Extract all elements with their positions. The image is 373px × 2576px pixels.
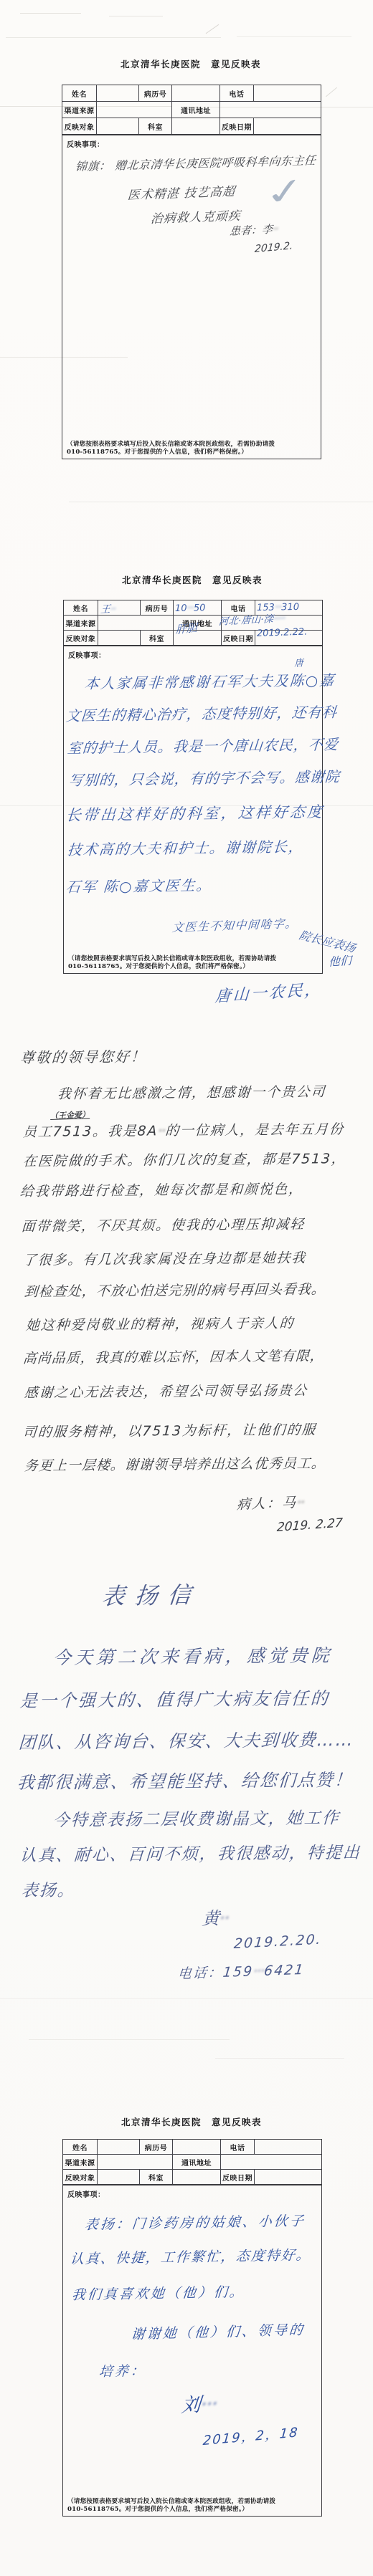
praise-line: 今特意表扬二层收费谢晶文，她工作 xyxy=(52,1805,341,1832)
redacted-smudge: ·· xyxy=(219,1908,230,1929)
handwriting-line: 文医生的精心治疗，态度特别好，还有科 xyxy=(65,701,338,725)
value-dept xyxy=(173,2170,221,2185)
value-phone xyxy=(254,85,321,102)
value-date xyxy=(254,118,321,135)
handwriting-line: 治病救人克顽疾 xyxy=(150,206,242,226)
footer-note-line1: （请您按照表格要求填写后投入院长信箱或寄本院医政组收，若需协助请拨 xyxy=(68,955,319,963)
label-address: 通讯地址 xyxy=(172,102,220,118)
footer-note-line1: （请您按照表格要求填写后投入院长信箱或寄本院医政组收，若需协助请拨 xyxy=(67,2498,318,2506)
label-name: 姓名 xyxy=(63,2140,98,2155)
letter-line: 给我带路进行检查，她每次都是和颜悦色， xyxy=(19,1179,304,1200)
value-address xyxy=(220,102,321,118)
handwriting-note: 他们 xyxy=(329,952,351,969)
praise-line: 是一个强大的、值得广大病友信任的 xyxy=(19,1684,331,1712)
letter-line: 了很多。有几次我家属没在身边都是她扶我 xyxy=(22,1248,307,1269)
signer-text: 刘 xyxy=(180,2394,202,2418)
name-text: 王 xyxy=(100,603,110,616)
value-target xyxy=(98,631,141,646)
label-date: 反映日期 xyxy=(222,631,255,646)
value-date xyxy=(255,2170,321,2185)
scanned-feedback-pages: 北京清华长庚医院 意见反映表 姓名 病历号 电话 渠道来源 通讯地址 反映对象 … xyxy=(0,0,373,2576)
redacted-smudge: ····· xyxy=(273,613,285,625)
label-target: 反映对象 xyxy=(63,2170,98,2185)
label-phone: 电话 xyxy=(221,2140,255,2155)
value-target xyxy=(98,2170,140,2185)
praise-line: 认真、耐心、百问不烦，我很感动，特提出 xyxy=(19,1839,362,1866)
label-address: 通讯地址 xyxy=(173,2155,221,2170)
signer-text: 黄 xyxy=(202,1908,220,1929)
label-target: 反映对象 xyxy=(64,631,98,646)
signer-text: 患者：李 xyxy=(230,223,273,238)
matters-box: 反映事项： （请您按照表格要求填写后投入院长信箱或寄本院医政组收，若需协助请拨 … xyxy=(62,2184,322,2517)
redacted-smudge: ··· xyxy=(186,603,194,614)
handwriting-line: 长带出这样好的科室，这样好态度 xyxy=(65,800,325,825)
footer-note: （请您按照表格要求填写后投入院长信箱或寄本院医政组收，若需协助请拨 010-56… xyxy=(68,955,319,971)
footer-note-line2: 010-56118765。对于您提供的个人信息，我们将严格保密。） xyxy=(68,963,319,971)
value-channel xyxy=(97,102,172,118)
value-name xyxy=(98,2140,140,2155)
value-dept xyxy=(172,118,220,135)
handwriting-line: 石军 陈○嘉文医生。 xyxy=(65,873,213,896)
footer-note: （请您按照表格要求填写后投入院长信箱或寄本院医政组收，若需协助请拨 010-56… xyxy=(67,441,318,456)
handwriting-line: 培养： xyxy=(98,2360,147,2380)
line-part: 的一位病人，是去年五月份 xyxy=(165,1121,345,1139)
redacted-smudge: ·· xyxy=(157,1123,165,1139)
scan-artifact xyxy=(29,2039,230,2040)
record-prefix: 10 xyxy=(175,603,187,614)
praise-line: 今天第二次来看病，感觉贵院 xyxy=(52,1642,334,1670)
letter-greeting: 尊敬的领导您好！ xyxy=(19,1045,147,1067)
matters-label: 反映事项： xyxy=(67,138,105,149)
label-dept: 科室 xyxy=(139,118,172,135)
scan-artifact xyxy=(326,87,337,97)
letter-line: 在医院做的手术。你们几次的复查，都是7513， xyxy=(22,1148,346,1170)
letter-line: 面带微笑，不厌其烦。使我的心理压抑减轻 xyxy=(21,1214,306,1235)
handwritten-phone: 电话：159···6421 xyxy=(177,1959,306,1983)
field-record-value: 10···50 xyxy=(175,603,206,614)
scan-artifact xyxy=(6,37,221,38)
letter-line: 务更上一层楼。谢谢领导培养出这么优秀员工。 xyxy=(24,1452,326,1475)
handwriting-line: 技术高的大夫和护士。谢谢院长， xyxy=(67,835,305,859)
form-title: 北京清华长庚医院 意见反映表 xyxy=(62,2115,321,2128)
letter-line: 到检查处，不放心怕送完别的病号再回头看我。 xyxy=(24,1278,326,1301)
praise-line: 表扬。 xyxy=(21,1877,76,1901)
matters-label: 反映事项： xyxy=(68,649,106,660)
label-channel: 渠道来源 xyxy=(62,102,97,118)
value-name xyxy=(97,85,139,102)
line-part: 员工7513。我是8A xyxy=(22,1123,159,1140)
scan-artifact xyxy=(215,2058,344,2059)
handwriting-line: 我们真喜欢她（他）们。 xyxy=(71,2281,246,2304)
value-channel xyxy=(98,2155,173,2170)
footer-note-line1: （请您按照表格要求填写后投入院长信箱或寄本院医政组收，若需协助请拨 xyxy=(67,441,318,449)
field-date-value: 2019.2.22. xyxy=(257,627,308,639)
signature: 病人：马·· xyxy=(236,1492,304,1513)
label-name: 姓名 xyxy=(64,600,98,616)
tel-prefix: 电话：159 xyxy=(177,1963,255,1982)
label-date: 反映日期 xyxy=(220,118,254,135)
letter-line: 我怀着无比感激之情，想感谢一个贵公司 xyxy=(57,1081,326,1103)
form-title: 北京清华长庚医院 意见反映表 xyxy=(62,57,320,70)
form-header-table: 姓名 病历号 电话 渠道来源 通讯地址 反映对象 科室 反映日期 xyxy=(62,2139,322,2185)
label-name: 姓名 xyxy=(62,85,97,102)
tel-suffix: 6421 xyxy=(263,1962,306,1979)
value-address xyxy=(221,2155,321,2170)
letter-line: 感谢之心无法表达，希望公司领导弘扬贵公 xyxy=(24,1380,308,1402)
value-phone xyxy=(255,2140,321,2155)
signer-text: 病人：马 xyxy=(236,1495,297,1513)
field-dept-value: 肝胆 xyxy=(176,620,198,637)
label-channel: 渠道来源 xyxy=(63,2155,98,2170)
footer-note-line2: 010-56118765。对于您提供的个人信息，我们将严格保密。） xyxy=(67,449,318,456)
letter-line: 司的服务精神，以7513为标杆，让他们的服 xyxy=(22,1419,317,1441)
handwriting-line: 医术精湛 技艺高超 xyxy=(127,181,236,203)
form-title: 北京清华长庚医院 意见反映表 xyxy=(63,573,321,586)
label-record-no: 病历号 xyxy=(139,85,172,102)
signature: 患者：李·· xyxy=(229,221,278,239)
praise-line: 团队、从咨询台、保安、大夫到收费…… xyxy=(18,1725,355,1753)
footer-note-line2: 010-56118765。对于您提供的个人信息，我们将严格保密。） xyxy=(67,2506,318,2514)
handwriting-line: 本人家属非常感谢石军大夫及陈○嘉 xyxy=(84,669,336,693)
record-suffix: 50 xyxy=(194,603,206,613)
scan-artifact xyxy=(69,502,373,502)
handwritten-date: 2019. 2.27 xyxy=(276,1516,343,1536)
scan-artifact xyxy=(206,24,219,34)
letter-line: 她这种爱岗敬业的精神，视病人于亲人的 xyxy=(25,1313,295,1334)
redacted-smudge: ·· xyxy=(272,222,278,235)
praise-title: 表扬信 xyxy=(100,1577,202,1612)
label-date: 反映日期 xyxy=(221,2170,255,2185)
redacted-smudge: ··· xyxy=(252,1963,265,1980)
handwriting-line: 室的护士人员。我是一个唐山农民，不爱 xyxy=(67,733,339,757)
label-target: 反映对象 xyxy=(62,118,97,135)
letter-line: 员工7513。我是8A··的一位病人，是去年五月份 xyxy=(22,1119,345,1141)
value-channel xyxy=(98,616,174,631)
form-header-table: 姓名 病历号 电话 渠道来源 通讯地址 反映对象 科室 反映日期 xyxy=(62,85,321,135)
scan-artifact xyxy=(237,36,351,37)
label-channel: 渠道来源 xyxy=(64,616,98,631)
redacted-smudge: ·· xyxy=(296,1495,304,1510)
label-record-no: 病历号 xyxy=(141,600,174,616)
label-phone: 电话 xyxy=(220,85,254,102)
letter-annotation: （王金爱） xyxy=(50,1109,90,1121)
scan-artifact xyxy=(109,16,163,16)
handwritten-date: 2019.2.20. xyxy=(233,1932,323,1953)
footer-note: （请您按照表格要求填写后投入院长信箱或寄本院医政组收，若需协助请拨 010-56… xyxy=(67,2498,318,2514)
matters-label: 反映事项： xyxy=(67,2188,105,2199)
redacted-smudge: ·· xyxy=(110,603,115,615)
scan-artifact xyxy=(20,13,81,14)
handwriting-line: 写别的，只会说，有的字不会写。感谢院 xyxy=(68,765,341,790)
letter-line: 高尚品质，我真的难以忘怀，因本人文笔有限， xyxy=(22,1345,325,1367)
redacted-smudge: ··· xyxy=(199,2393,217,2415)
signature: 黄·· xyxy=(202,1904,230,1930)
praise-line: 我都很满意、希望能坚持、给您们点赞！ xyxy=(16,1766,354,1794)
label-dept: 科室 xyxy=(140,2170,173,2185)
value-record-no xyxy=(172,85,220,102)
inserted-character: 唐 xyxy=(293,655,303,669)
handwriting-line: 表扬：门诊药房的姑娘、小伙子 xyxy=(84,2211,306,2233)
signature: 唐山一农民， xyxy=(214,977,324,1007)
label-record-no: 病历号 xyxy=(140,2140,173,2155)
scan-artifact xyxy=(0,1998,373,1999)
value-record-no xyxy=(173,2140,221,2155)
signature: 刘··· xyxy=(180,2388,218,2418)
field-name-value: 王·· xyxy=(100,601,115,616)
value-target xyxy=(97,118,139,135)
label-dept: 科室 xyxy=(141,631,174,646)
